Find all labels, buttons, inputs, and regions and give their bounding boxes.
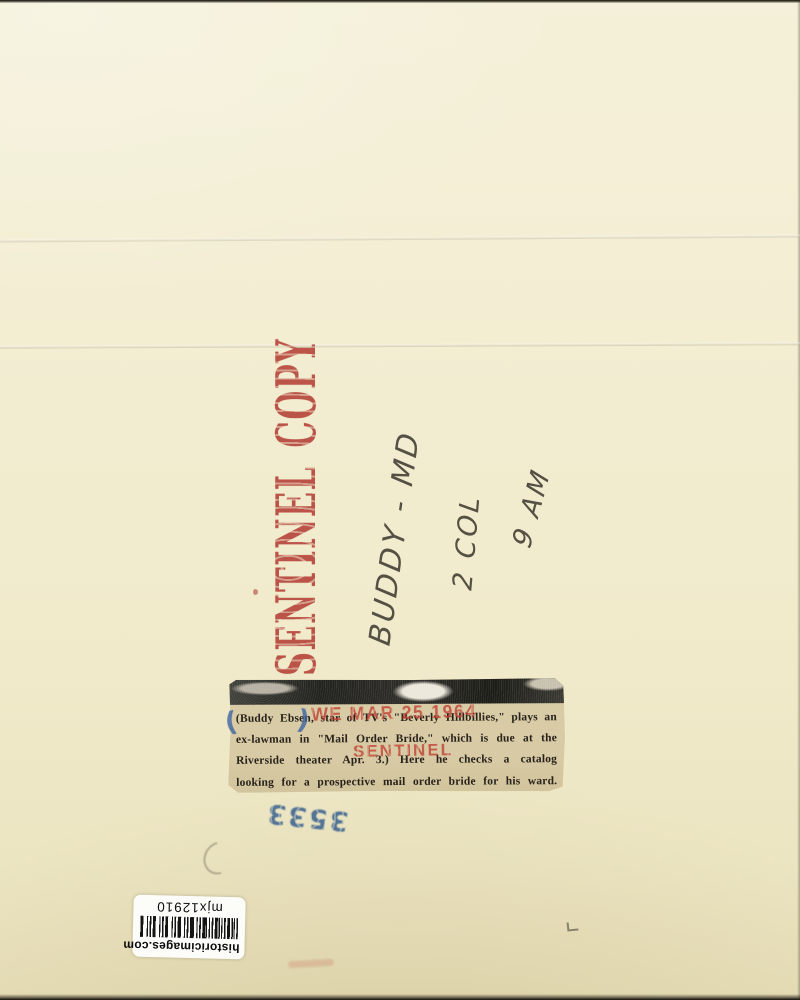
handwritten-column-size: 2 COL [447, 492, 486, 592]
date-received-stamp: WE MAR 25 1964 [311, 701, 477, 725]
red-ink-speck [253, 589, 258, 595]
clipping-photo-fragment [228, 678, 565, 705]
caption-line: looking for a prospective mail order bri… [236, 771, 557, 794]
scan-edge-top [0, 0, 800, 3]
label-id-text: mjx12910 [138, 899, 240, 917]
pencil-scribble-mark [567, 921, 579, 931]
paper-crease-lower [0, 342, 800, 349]
sentinel-name-stamp: SENTINEL [353, 740, 453, 762]
label-website-text: historicimages.com [137, 939, 239, 956]
scan-edge-bottom [0, 994, 800, 1000]
sentinel-copy-stamp: SENTINEL COPY [264, 338, 328, 676]
photo-verso-scan: SENTINEL COPY BUDDY - MD 2 COL 9 AM (Bud… [0, 0, 800, 1000]
archive-number-stamp: 3533 [264, 797, 350, 837]
paper-crease-upper [0, 235, 800, 243]
handwritten-time: 9 AM [507, 464, 557, 552]
inventory-barcode-label: historicimages.com mjx12910 [132, 895, 246, 960]
barcode-graphic [140, 916, 239, 940]
pencil-paren-mark [197, 836, 240, 881]
handwritten-assignment: BUDDY - MD [363, 427, 427, 648]
newspaper-clipping: (Buddy Ebsen, star of TV's "Beverly Hill… [228, 678, 566, 793]
red-ink-smudge [288, 959, 334, 968]
